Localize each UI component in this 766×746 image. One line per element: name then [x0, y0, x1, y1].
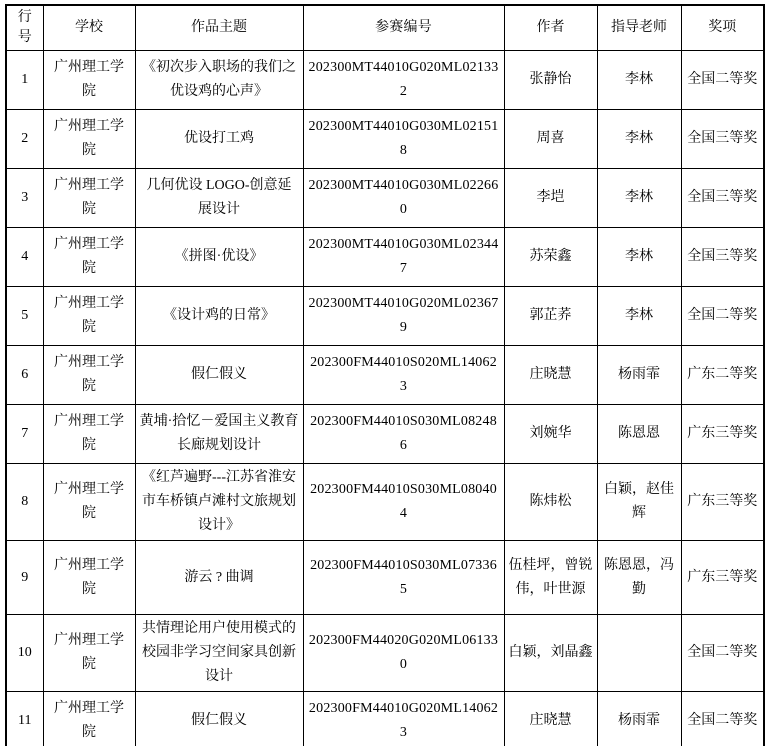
cell-award: 广东三等奖 [681, 405, 764, 464]
page: 行号学校作品主题参赛编号作者指导老师奖项 1广州理工学院《初次步入职场的我们之优… [0, 0, 766, 746]
cell-school: 广州理工学院 [43, 110, 135, 169]
cell-advisor [597, 615, 681, 692]
cell-school: 广州理工学院 [43, 405, 135, 464]
cell-row-number: 5 [6, 287, 43, 346]
column-header-entry-number: 参赛编号 [303, 5, 504, 51]
cell-author: 伍桂坪，曾锐伟，叶世源 [504, 541, 597, 615]
cell-entry-number: 202300FM44010G020ML140623 [303, 692, 504, 746]
cell-award: 全国三等奖 [681, 110, 764, 169]
cell-school: 广州理工学院 [43, 169, 135, 228]
cell-entry-number: 202300MT44010G030ML023447 [303, 228, 504, 287]
cell-work-title: 黄埔·拾忆－爱国主义教育长廊规划设计 [135, 405, 303, 464]
cell-author: 周喜 [504, 110, 597, 169]
cell-author: 庄晓慧 [504, 346, 597, 405]
cell-author: 苏荣鑫 [504, 228, 597, 287]
cell-advisor: 李林 [597, 51, 681, 110]
cell-work-title: 共情理论用户使用模式的校园非学习空间家具创新设计 [135, 615, 303, 692]
cell-school: 广州理工学院 [43, 692, 135, 746]
table-row: 4广州理工学院《拼图·优设》202300MT44010G030ML023447苏… [6, 228, 764, 287]
cell-row-number: 3 [6, 169, 43, 228]
column-header-author: 作者 [504, 5, 597, 51]
table-row: 5广州理工学院《设计鸡的日常》202300MT44010G020ML023679… [6, 287, 764, 346]
cell-award: 广东三等奖 [681, 464, 764, 541]
cell-entry-number: 202300FM44010S020ML140623 [303, 346, 504, 405]
column-header-work-title: 作品主题 [135, 5, 303, 51]
table-row: 1广州理工学院《初次步入职场的我们之优设鸡的心声》202300MT44010G0… [6, 51, 764, 110]
cell-school: 广州理工学院 [43, 464, 135, 541]
cell-school: 广州理工学院 [43, 287, 135, 346]
cell-entry-number: 202300MT44010G030ML021518 [303, 110, 504, 169]
cell-entry-number: 202300FM44020G020ML061330 [303, 615, 504, 692]
cell-advisor: 陈恩恩 [597, 405, 681, 464]
cell-advisor: 李林 [597, 110, 681, 169]
table-row: 8广州理工学院《红芦遍野---江苏省淮安市车桥镇卢滩村文旅规划设计》202300… [6, 464, 764, 541]
cell-advisor: 杨雨霏 [597, 346, 681, 405]
cell-advisor: 李林 [597, 228, 681, 287]
cell-work-title: 游云 ? 曲调 [135, 541, 303, 615]
cell-award: 全国三等奖 [681, 228, 764, 287]
table-row: 2广州理工学院优设打工鸡202300MT44010G030ML021518周喜李… [6, 110, 764, 169]
cell-school: 广州理工学院 [43, 346, 135, 405]
cell-advisor: 杨雨霏 [597, 692, 681, 746]
cell-work-title: 几何优设 LOGO-创意延展设计 [135, 169, 303, 228]
cell-award: 全国三等奖 [681, 169, 764, 228]
cell-row-number: 9 [6, 541, 43, 615]
cell-row-number: 4 [6, 228, 43, 287]
cell-school: 广州理工学院 [43, 615, 135, 692]
table-row: 10广州理工学院共情理论用户使用模式的校园非学习空间家具创新设计202300FM… [6, 615, 764, 692]
cell-work-title: 《红芦遍野---江苏省淮安市车桥镇卢滩村文旅规划设计》 [135, 464, 303, 541]
table-row: 11广州理工学院假仁假义202300FM44010G020ML140623庄晓慧… [6, 692, 764, 746]
cell-work-title: 《设计鸡的日常》 [135, 287, 303, 346]
cell-author: 白颖，刘晶鑫 [504, 615, 597, 692]
cell-school: 广州理工学院 [43, 228, 135, 287]
cell-author: 张静怡 [504, 51, 597, 110]
cell-advisor: 李林 [597, 169, 681, 228]
cell-author: 郭芷荞 [504, 287, 597, 346]
cell-author: 李垲 [504, 169, 597, 228]
cell-work-title: 《拼图·优设》 [135, 228, 303, 287]
cell-work-title: 假仁假义 [135, 346, 303, 405]
column-header-advisor: 指导老师 [597, 5, 681, 51]
column-header-award: 奖项 [681, 5, 764, 51]
cell-work-title: 《初次步入职场的我们之优设鸡的心声》 [135, 51, 303, 110]
table-row: 9广州理工学院游云 ? 曲调202300FM44010S030ML073365伍… [6, 541, 764, 615]
cell-entry-number: 202300FM44010S030ML073365 [303, 541, 504, 615]
cell-author: 刘婉华 [504, 405, 597, 464]
cell-row-number: 2 [6, 110, 43, 169]
cell-school: 广州理工学院 [43, 51, 135, 110]
cell-award: 全国二等奖 [681, 615, 764, 692]
cell-row-number: 10 [6, 615, 43, 692]
cell-entry-number: 202300MT44010G020ML023679 [303, 287, 504, 346]
cell-entry-number: 202300MT44010G020ML021332 [303, 51, 504, 110]
column-header-school: 学校 [43, 5, 135, 51]
cell-advisor: 陈恩恩，冯勤 [597, 541, 681, 615]
cell-award: 广东二等奖 [681, 346, 764, 405]
table-body: 1广州理工学院《初次步入职场的我们之优设鸡的心声》202300MT44010G0… [6, 51, 764, 746]
table-row: 3广州理工学院几何优设 LOGO-创意延展设计202300MT44010G030… [6, 169, 764, 228]
cell-author: 陈炜松 [504, 464, 597, 541]
cell-entry-number: 202300FM44010S030ML082486 [303, 405, 504, 464]
table-row: 7广州理工学院黄埔·拾忆－爱国主义教育长廊规划设计202300FM44010S0… [6, 405, 764, 464]
cell-row-number: 11 [6, 692, 43, 746]
cell-school: 广州理工学院 [43, 541, 135, 615]
cell-row-number: 8 [6, 464, 43, 541]
cell-entry-number: 202300FM44010S030ML080404 [303, 464, 504, 541]
cell-row-number: 1 [6, 51, 43, 110]
cell-author: 庄晓慧 [504, 692, 597, 746]
cell-award: 全国二等奖 [681, 287, 764, 346]
cell-entry-number: 202300MT44010G030ML022660 [303, 169, 504, 228]
cell-award: 广东三等奖 [681, 541, 764, 615]
cell-award: 全国二等奖 [681, 51, 764, 110]
column-header-row-number: 行号 [6, 5, 43, 51]
cell-row-number: 7 [6, 405, 43, 464]
cell-award: 全国二等奖 [681, 692, 764, 746]
cell-row-number: 6 [6, 346, 43, 405]
awards-table: 行号学校作品主题参赛编号作者指导老师奖项 1广州理工学院《初次步入职场的我们之优… [5, 4, 765, 746]
header-row: 行号学校作品主题参赛编号作者指导老师奖项 [6, 5, 764, 51]
cell-work-title: 优设打工鸡 [135, 110, 303, 169]
table-row: 6广州理工学院假仁假义202300FM44010S020ML140623庄晓慧杨… [6, 346, 764, 405]
cell-work-title: 假仁假义 [135, 692, 303, 746]
cell-advisor: 白颖，赵佳辉 [597, 464, 681, 541]
cell-advisor: 李林 [597, 287, 681, 346]
